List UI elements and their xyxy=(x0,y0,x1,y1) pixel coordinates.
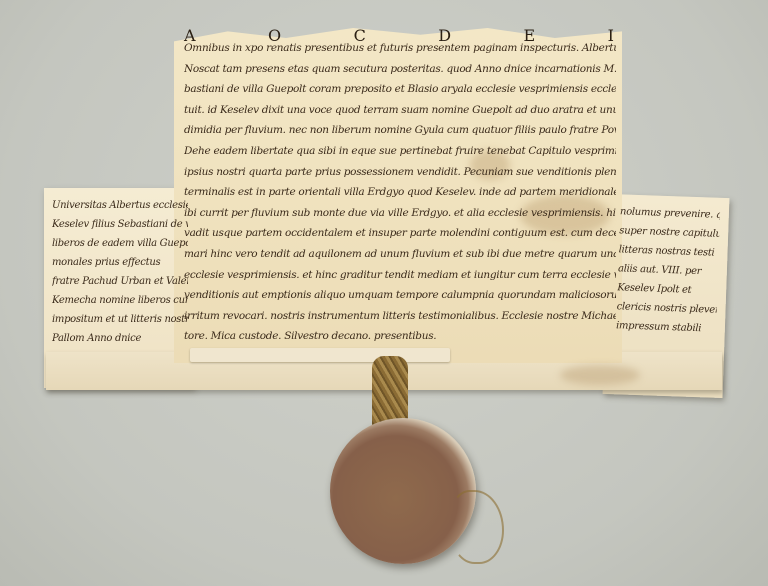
text-line: ipsius nostri quarta parte prius possess… xyxy=(184,162,616,183)
text-line: vadit usque partem occidentalem et insup… xyxy=(184,223,616,244)
text-line: mari hinc vero tendit ad aquilonem ad un… xyxy=(184,244,616,265)
plica-slot xyxy=(190,348,450,362)
text-line: Omnibus in xpo renatis presentibus et fu… xyxy=(184,38,616,59)
text-line: terminalis est in parte orientali villa … xyxy=(184,182,616,203)
text-line: Noscat tam presens etas quam secutura po… xyxy=(184,59,616,80)
text-line: liberos de eadem villa Guepolt xyxy=(52,234,188,253)
stain xyxy=(560,365,640,385)
text-line: Dehe eadem libertate qua sibi in eque su… xyxy=(184,141,616,162)
right-fragment-text: nolumus prevenire. quod super nostre cap… xyxy=(616,202,721,338)
text-line: Pallom Anno dnice xyxy=(52,329,188,348)
text-line: tuit. id Keselev dixit una voce quod ter… xyxy=(184,100,616,121)
left-fragment-text: Universitas Albertus ecclesie Capitulum … xyxy=(52,196,188,348)
text-line: Keselev filius Sebastiani de villa xyxy=(52,215,188,234)
text-line: venditionis aut emptionis aliquo umquam … xyxy=(184,285,616,306)
text-line: Kemecha nomine liberos cum xyxy=(52,291,188,310)
text-line: ibi currit per fluvium sub monte due via… xyxy=(184,203,616,224)
text-line: ecclesie vesprimiensis. et hinc graditur… xyxy=(184,265,616,286)
charter-text: Omnibus in xpo renatis presentibus et fu… xyxy=(184,38,616,347)
text-line: impositum et ut litteris nostris xyxy=(52,310,188,329)
text-line: Universitas Albertus ecclesie Capitulum xyxy=(52,196,188,215)
text-line: irritum revocari. nostris instrumentum l… xyxy=(184,306,616,327)
text-line: monales prius effectus xyxy=(52,253,188,272)
text-line: tore. Mica custode. Silvestro decano. pr… xyxy=(184,326,616,347)
text-line: dimidia per fluvium. nec non liberum nom… xyxy=(184,120,616,141)
text-line: impressum stabili xyxy=(616,316,717,338)
text-line: bastiani de villa Guepolt coram preposit… xyxy=(184,79,616,100)
text-line: fratre Pachud Urban et Valen xyxy=(52,272,188,291)
